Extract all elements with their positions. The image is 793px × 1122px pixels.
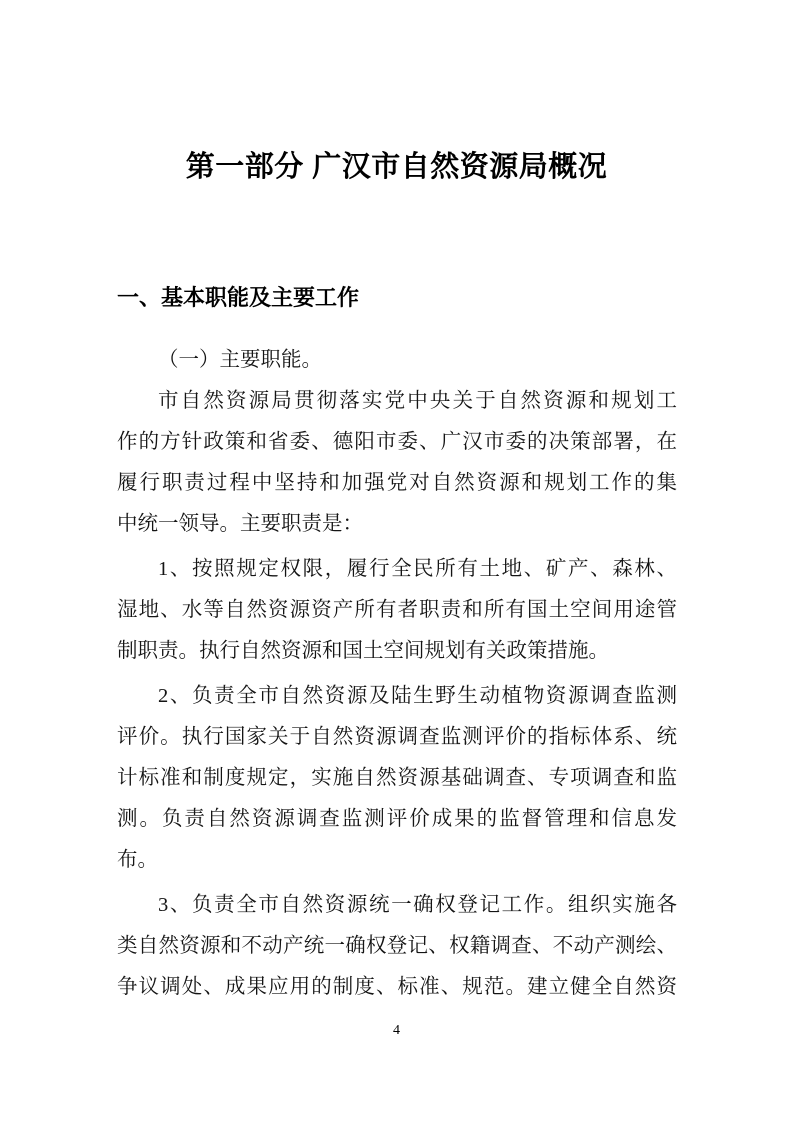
body-line: 履行职责过程中坚持和加强党对自然资源和规划工作的集: [117, 463, 677, 504]
body-line: 评价。执行国家关于自然资源调查监测评价的指标体系、统: [117, 717, 677, 758]
body-line: 类自然资源和不动产统一确权登记、权籍调查、不动产测绘、: [117, 926, 677, 967]
body-line: 湿地、水等自然资源资产所有者职责和所有国土空间用途管: [117, 590, 677, 631]
body-line: 测。负责自然资源调查监测评价成果的监督管理和信息发: [117, 799, 677, 840]
page-number: 4: [0, 1022, 793, 1040]
document-title: 第一部分 广汉市自然资源局概况: [0, 147, 793, 187]
paragraph: 市自然资源局贯彻落实党中央关于自然资源和规划工 作的方针政策和省委、德阳市委、广…: [117, 381, 677, 545]
body-line: 作的方针政策和省委、德阳市委、广汉市委的决策部署，在: [117, 422, 677, 463]
body-line: 2、负责全市自然资源及陆生野生动植物资源调查监测: [117, 676, 677, 717]
body-line: 布。: [117, 840, 677, 881]
body-line: 争议调处、成果应用的制度、标准、规范。建立健全自然资: [117, 967, 677, 1008]
body-line: 制职责。执行自然资源和国土空间规划有关政策措施。: [117, 631, 677, 672]
body-line: 计标准和制度规定，实施自然资源基础调查、专项调查和监: [117, 758, 677, 799]
paragraph: 1、按照规定权限，履行全民所有土地、矿产、森林、 湿地、水等自然资源资产所有者职…: [117, 549, 677, 672]
paragraph: 3、负责全市自然资源统一确权登记工作。组织实施各 类自然资源和不动产统一确权登记…: [117, 885, 677, 1008]
document-page: 第一部分 广汉市自然资源局概况 一、基本职能及主要工作 （一）主要职能。 市自然…: [0, 0, 793, 1122]
body-line: 市自然资源局贯彻落实党中央关于自然资源和规划工: [117, 381, 677, 422]
paragraph: 2、负责全市自然资源及陆生野生动植物资源调查监测 评价。执行国家关于自然资源调查…: [117, 676, 677, 881]
paragraph: （一）主要职能。: [117, 340, 677, 381]
section-heading: 一、基本职能及主要工作: [117, 283, 793, 313]
body-line: （一）主要职能。: [117, 340, 677, 381]
body-line: 1、按照规定权限，履行全民所有土地、矿产、森林、: [117, 549, 677, 590]
body-line: 3、负责全市自然资源统一确权登记工作。组织实施各: [117, 885, 677, 926]
document-body: （一）主要职能。 市自然资源局贯彻落实党中央关于自然资源和规划工 作的方针政策和…: [117, 340, 677, 1008]
body-line: 中统一领导。主要职责是：: [117, 504, 677, 545]
